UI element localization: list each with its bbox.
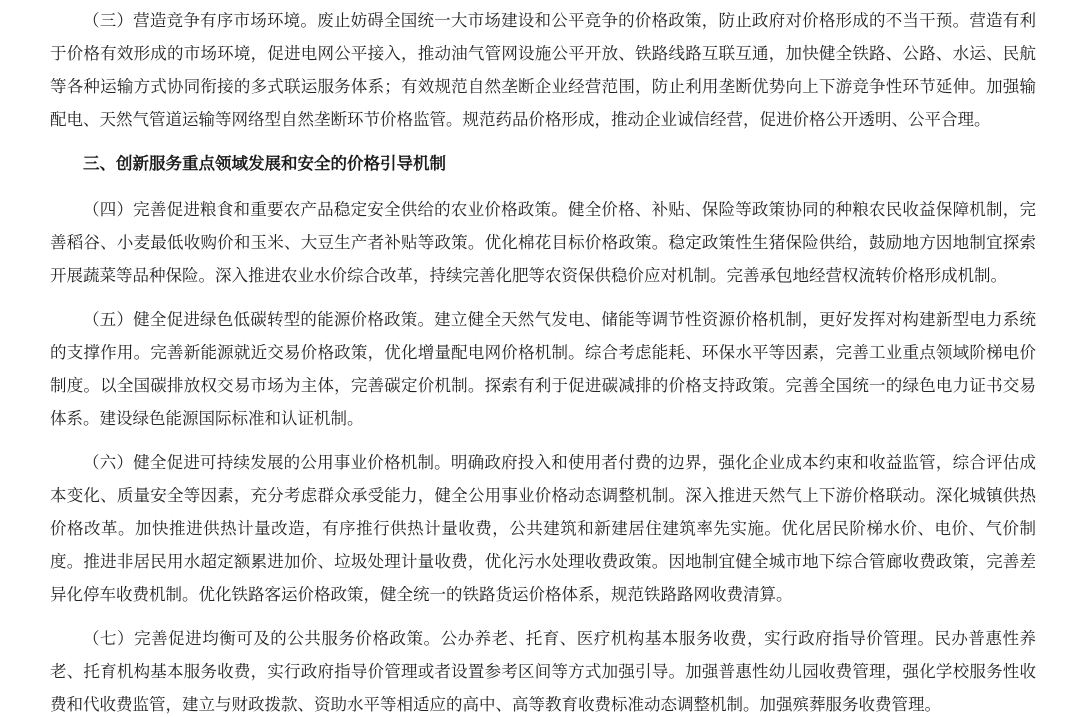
paragraph-item-5: （五）健全促进绿色低碳转型的能源价格政策。建立健全天然气发电、储能等调节性资源价… bbox=[50, 303, 1036, 435]
paragraph-item-4: （四）完善促进粮食和重要农产品稳定安全供给的农业价格政策。健全价格、补贴、保险等… bbox=[50, 193, 1036, 292]
document-page: （三）营造竞争有序市场环境。废止妨碍全国统一大市场建设和公平竞争的价格政策，防止… bbox=[0, 0, 1080, 717]
section-heading-3: 三、创新服务重点领域发展和安全的价格引导机制 bbox=[50, 147, 1036, 180]
paragraph-item-6: （六）健全促进可持续发展的公用事业价格机制。明确政府投入和使用者付费的边界，强化… bbox=[50, 446, 1036, 611]
paragraph-item-3: （三）营造竞争有序市场环境。废止妨碍全国统一大市场建设和公平竞争的价格政策，防止… bbox=[50, 4, 1036, 136]
paragraph-item-7: （七）完善促进均衡可及的公共服务价格政策。公办养老、托育、医疗机构基本服务收费，… bbox=[50, 622, 1036, 717]
